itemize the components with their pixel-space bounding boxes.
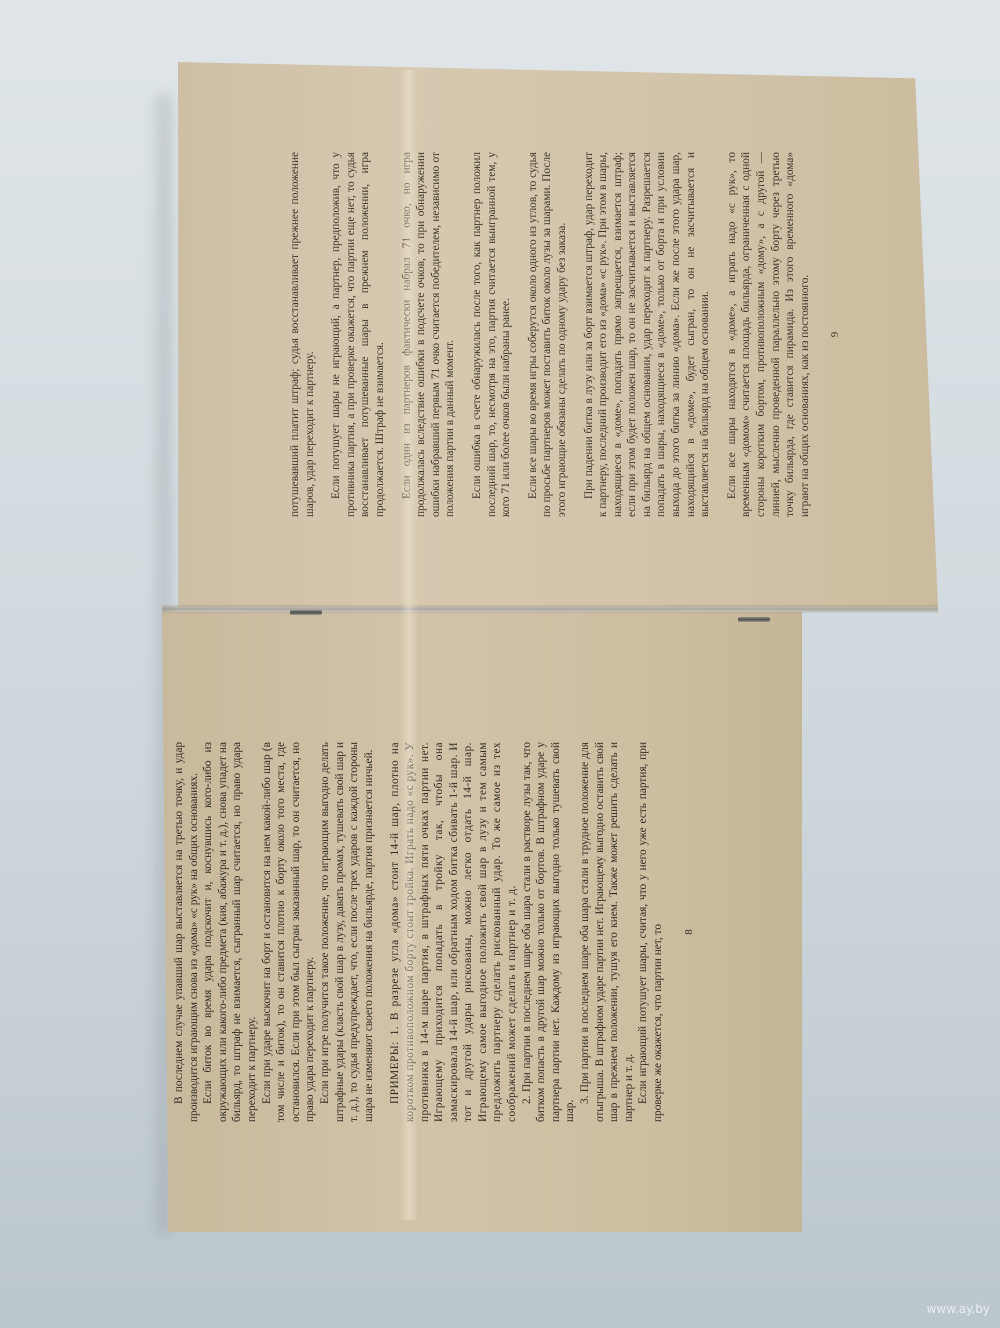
paragraph: потушевавший платит штраф; судья восстан… [288, 152, 317, 517]
paragraph: Если потушует шары не играющий, а партне… [329, 152, 387, 517]
paragraph: Если при игре получится такое положение,… [318, 742, 376, 1122]
paragraph: В последнем случае упавший шар выставляе… [172, 742, 201, 1122]
page-8-text: В последнем случае упавший шар выставляе… [162, 612, 802, 1232]
staple-icon [290, 610, 322, 615]
paragraph: Если ошибка в счете обнаружилась после т… [470, 152, 514, 517]
paragraph: 2. При партии в последнем шаре оба шара … [520, 742, 578, 1122]
paragraph: 3. При партии в последнем шаре оба шара … [578, 742, 636, 1122]
paragraph: Если при ударе выскочит на борт и остано… [260, 742, 318, 1122]
paragraph: При падении битка в лузу или за борт взи… [582, 152, 713, 517]
page-9: потушевавший платит штраф; судья восстан… [178, 62, 938, 607]
paragraph: Если играющий потушует шары, считая, что… [636, 742, 665, 1122]
booklet-spine [162, 604, 938, 614]
page-number: 9 [828, 152, 843, 517]
page-number: 8 [682, 742, 697, 1122]
paragraph: Если все шары находятся в «доме», а игра… [725, 152, 813, 517]
watermark: www.ay.by [927, 1302, 990, 1316]
paragraph: Если биток во время удара подскочит и, к… [201, 742, 259, 1122]
page-8: В последнем случае упавший шар выставляе… [162, 612, 802, 1232]
paper-crease [400, 70, 418, 1220]
staple-icon [738, 617, 770, 622]
page-9-text: потушевавший платит штраф; судья восстан… [178, 62, 938, 607]
paragraph: Если все шары во время игры соберутся ок… [526, 152, 570, 517]
